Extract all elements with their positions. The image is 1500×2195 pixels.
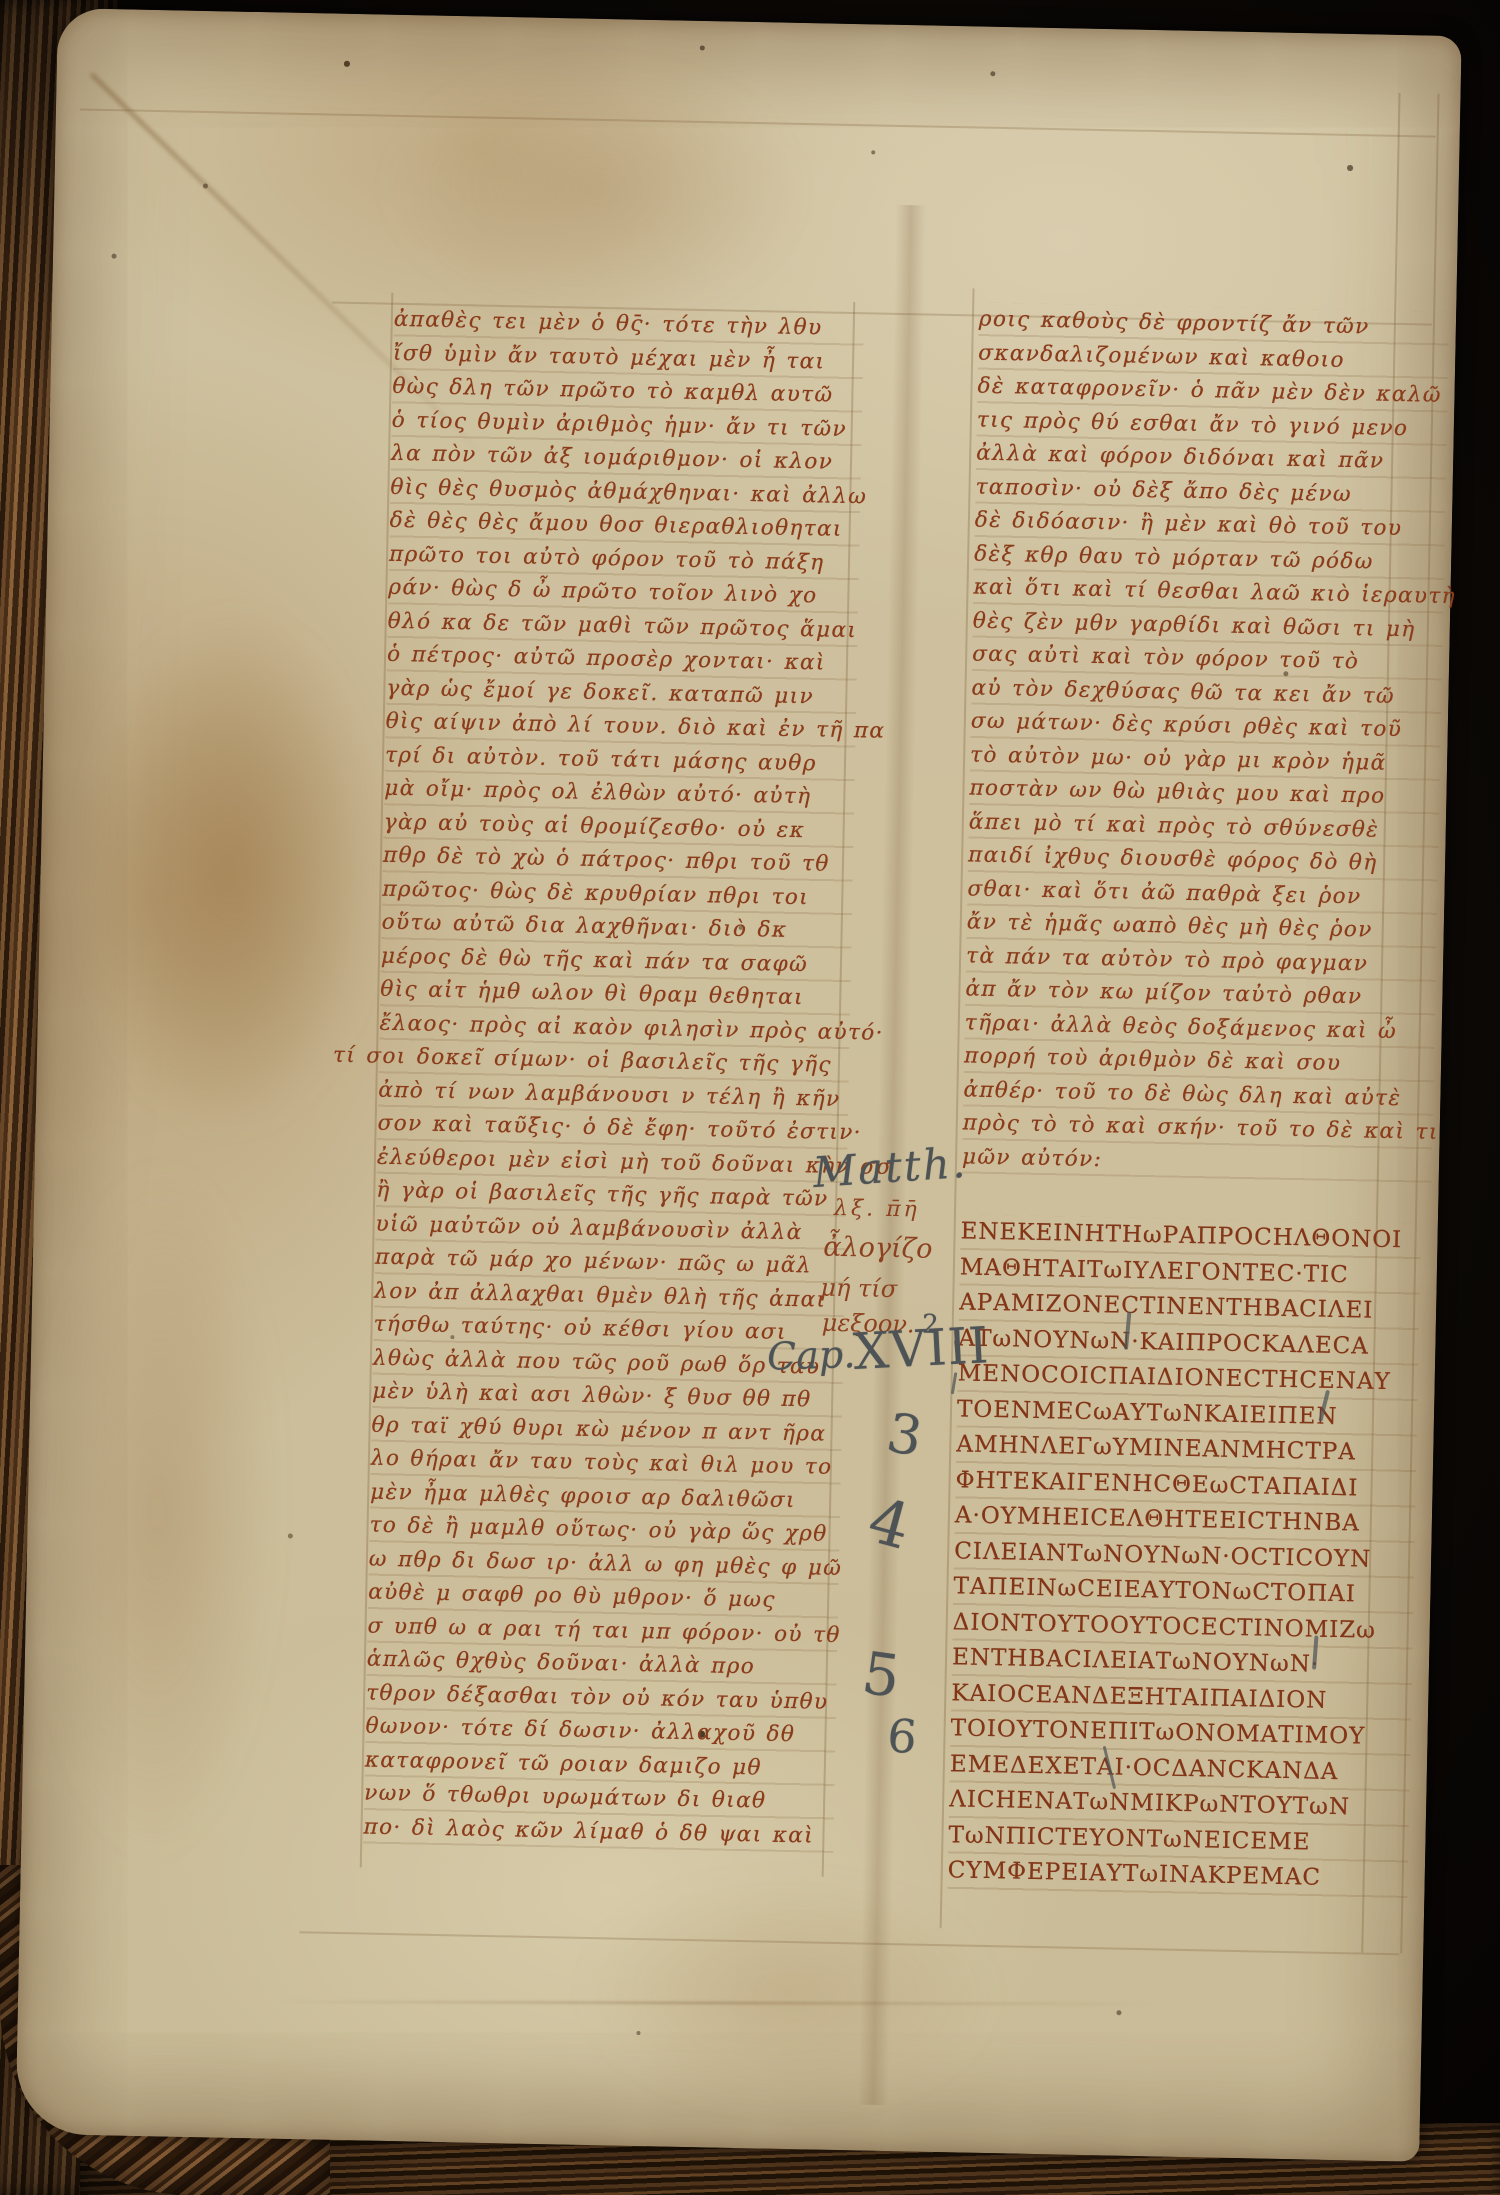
annotation-gloss-line: ἆλογίζο <box>823 1232 933 1265</box>
annotation-verse-number-6: 6 <box>885 1708 919 1764</box>
left-column-commentary-text: ἀπαθὲς τει μὲν ὁ θς̄· τότε τὴν λθυἴσθ ὑμ… <box>363 303 864 1853</box>
manuscript-photo: ἀπαθὲς τει μὲν ὁ θς̄· τότε τὴν λθυἴσθ ὑμ… <box>0 0 1500 2195</box>
stain-top <box>382 55 807 323</box>
right-column-commentary-text: ροις καθοὺς δὲ φροντίζ ἄν τῶνσκανδαλιζομ… <box>962 303 1449 1183</box>
stain-bottom-gutter <box>576 1869 1001 2117</box>
fly-specks <box>58 8 60 10</box>
stain-left-lower <box>31 1158 285 1863</box>
right-column-gospel-uncial-text: ΕΝΕΚΕΙΝΗΤΗωΡΑΠΡΟCΗΛΘΟΝΟΙΜΑΘΗΤΑΙΤωΙΥΛΕΓΟΝ… <box>947 1214 1420 1898</box>
annotation-gloss-line: μή τίσ <box>820 1274 897 1304</box>
parchment-page: ἀπαθὲς τει μὲν ὁ θς̄· τότε τὴν λθυἴσθ ὑμ… <box>15 8 1461 2162</box>
annotation-gloss-line: λξ. π̄η̄ <box>834 1196 920 1223</box>
annotation-gospel-label: Matth. <box>811 1138 968 1197</box>
annotation-verse-number-5: 5 <box>858 1639 904 1712</box>
annotation-chapter-prefix: Cap. <box>766 1332 856 1379</box>
annotation-chapter-numeral: XVIII <box>852 1316 991 1381</box>
